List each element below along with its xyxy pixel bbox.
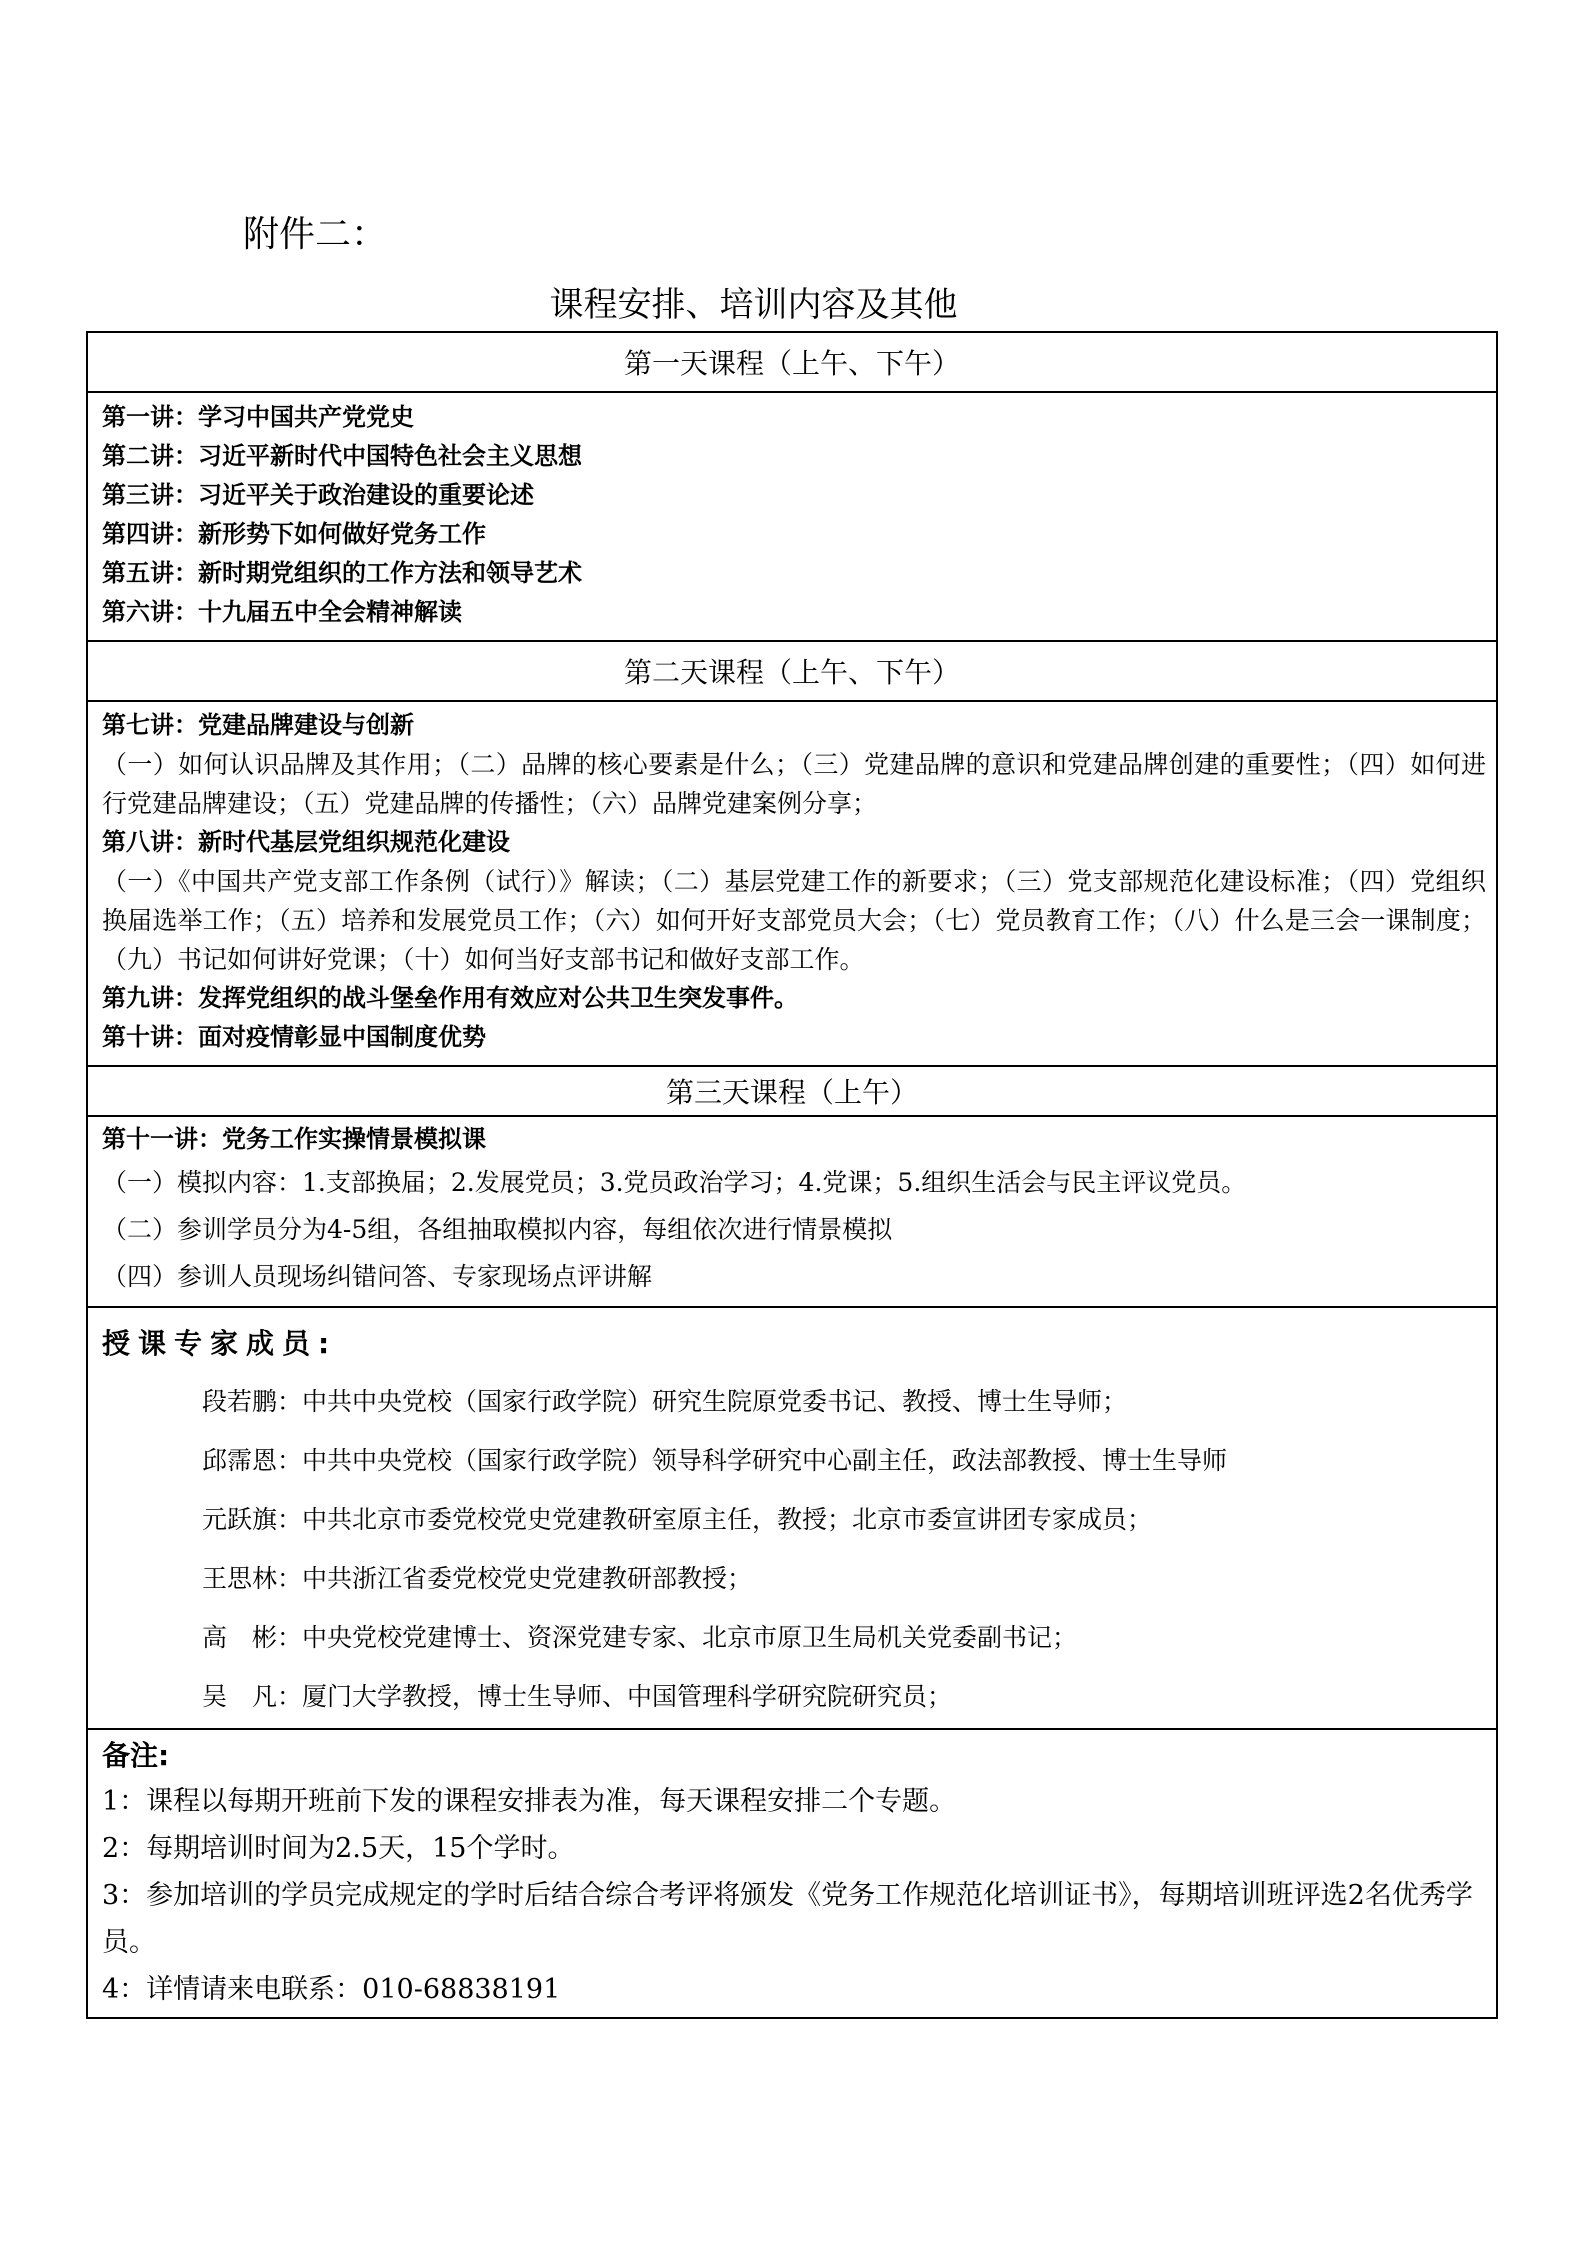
lecture-8-details: （一）《中国共产党支部工作条例（试行）》解读；（二）基层党建工作的新要求；（三）… (102, 862, 1486, 979)
note-3: 3：参加培训的学员完成规定的学时后结合综合考评将颁发《党务工作规范化培训证书》，… (102, 1872, 1486, 1966)
lecture-10: 第十讲：面对疫情彰显中国制度优势 (102, 1018, 1486, 1057)
schedule-table: 第一天课程（上午、下午） 第一讲：学习中国共产党党史 第二讲：习近平新时代中国特… (86, 331, 1498, 2019)
lecture-9: 第九讲：发挥党组织的战斗堡垒作用有效应对公共卫生突发事件。 (102, 979, 1486, 1018)
expert-5: 高 彬：中央党校党建博士、资深党建专家、北京市原卫生局机关党委副书记； (102, 1608, 1486, 1667)
document-title: 课程安排、培训内容及其他 (0, 282, 1587, 328)
lecture-7: 第七讲：党建品牌建设与创新 (102, 706, 1486, 745)
day3-item-2: （二）参训学员分为4-5组，各组抽取模拟内容，每组依次进行情景模拟 (102, 1206, 1486, 1253)
day3-item-1: （一）模拟内容：1.支部换届；2.发展党员；3.党员政治学习；4.党课；5.组织… (102, 1159, 1486, 1206)
lecture-6: 第六讲：十九届五中全会精神解读 (102, 593, 1486, 632)
expert-4: 王思林：中共浙江省委党校党史党建教研部教授； (102, 1549, 1486, 1608)
notes-title: 备注: (102, 1734, 1486, 1778)
lecture-4: 第四讲：新形势下如何做好党务工作 (102, 515, 1486, 554)
lecture-7-details: （一）如何认识品牌及其作用；（二）品牌的核心要素是什么；（三）党建品牌的意识和党… (102, 745, 1486, 823)
day3-body: 第十一讲：党务工作实操情景模拟课 （一）模拟内容：1.支部换届；2.发展党员；3… (88, 1117, 1496, 1308)
day3-item-3: （四）参训人员现场纠错问答、专家现场点评讲解 (102, 1253, 1486, 1300)
lecture-2: 第二讲：习近平新时代中国特色社会主义思想 (102, 437, 1486, 476)
expert-1: 段若鹏：中共中央党校（国家行政学院）研究生院原党委书记、教授、博士生导师； (102, 1372, 1486, 1431)
lecture-1: 第一讲：学习中国共产党党史 (102, 398, 1486, 437)
day1-body: 第一讲：学习中国共产党党史 第二讲：习近平新时代中国特色社会主义思想 第三讲：习… (88, 393, 1496, 642)
document-title-text: 课程安排、培训内容及其他 (550, 282, 958, 328)
experts-section: 授课专家成员: 段若鹏：中共中央党校（国家行政学院）研究生院原党委书记、教授、博… (88, 1308, 1496, 1730)
note-2: 2：每期培训时间为2.5天，15个学时。 (102, 1825, 1486, 1872)
day2-body: 第七讲：党建品牌建设与创新 （一）如何认识品牌及其作用；（二）品牌的核心要素是什… (88, 702, 1496, 1067)
day3-header: 第三天课程（上午） (88, 1067, 1496, 1117)
lecture-8: 第八讲：新时代基层党组织规范化建设 (102, 823, 1486, 862)
attachment-label: 附件二： (243, 210, 387, 260)
notes-section: 备注: 1：课程以每期开班前下发的课程安排表为准，每天课程安排二个专题。 2：每… (88, 1730, 1496, 2017)
lecture-3: 第三讲：习近平关于政治建设的重要论述 (102, 476, 1486, 515)
lecture-11: 第十一讲：党务工作实操情景模拟课 (102, 1119, 1486, 1159)
note-4: 4：详情请来电联系：010-68838191 (102, 1966, 1486, 2013)
experts-title: 授课专家成员: (102, 1316, 1486, 1372)
note-1: 1：课程以每期开班前下发的课程安排表为准，每天课程安排二个专题。 (102, 1778, 1486, 1825)
expert-6: 吴 凡：厦门大学教授，博士生导师、中国管理科学研究院研究员； (102, 1667, 1486, 1726)
expert-2: 邱霈恩：中共中央党校（国家行政学院）领导科学研究中心副主任，政法部教授、博士生导… (102, 1431, 1486, 1490)
expert-3: 元跃旗：中共北京市委党校党史党建教研室原主任，教授；北京市委宣讲团专家成员； (102, 1490, 1486, 1549)
day1-header: 第一天课程（上午、下午） (88, 333, 1496, 393)
day2-header: 第二天课程（上午、下午） (88, 642, 1496, 702)
lecture-5: 第五讲：新时期党组织的工作方法和领导艺术 (102, 554, 1486, 593)
